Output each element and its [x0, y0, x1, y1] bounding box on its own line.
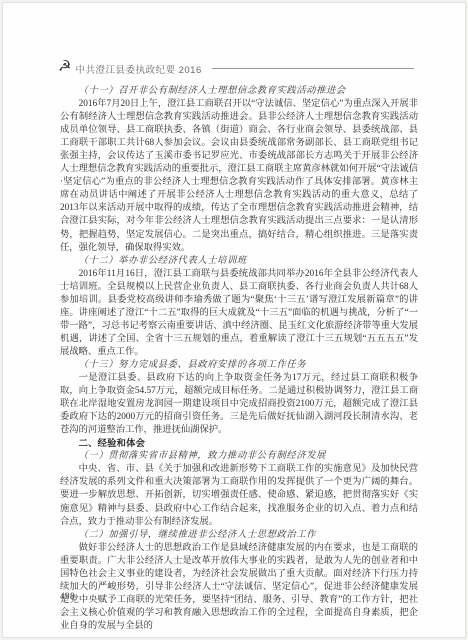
section-heading: （一）贯彻落实省市县精神，致力推动非公有制经济发展 — [60, 450, 418, 463]
paragraph: 做好非公经济人士的思想政治工作是县域经济健康发展的内在要求，也是工商联的重要职责… — [60, 542, 418, 633]
paragraph: 中央、省、市、县《关于加强和改进新形势下工商联工作的实施意见》及加快民营经济发展… — [60, 463, 418, 528]
section-heading: （十一）召开非公有制经济人士理想信念教育实践活动推进会 — [60, 85, 418, 98]
paragraph: 2016年11月16日，澄江县工商联与县委统战部共同举办2016年全县非公经济代… — [60, 268, 418, 359]
document-page: ☭ 中共澄江县委执政纪要 2016 （十一）召开非公有制经济人士理想信念教育实践… — [2, 2, 466, 638]
paragraph: 2016年7月20日上午，澄江县工商联召开以“守法诚信、坚定信心”为重点深入开展… — [60, 98, 418, 255]
header-rule — [212, 68, 414, 69]
body-text: （十一）召开非公有制经济人士理想信念教育实践活动推进会 2016年7月20日上午… — [60, 85, 418, 633]
section-heading: （二）加强引导，继续推进非公经济人士思想政治工作 — [60, 529, 418, 542]
section-heading: （十三）努力完成县委、县政府安排的各项工作任务 — [60, 359, 418, 372]
party-emblem-icon: ☭ — [58, 60, 71, 75]
section-heading-bold: 二、经验和体会 — [60, 437, 418, 450]
paragraph: 一是澄江县委、县政府下达的向上争取资金任务为17万元，经过县工商联积极争取，向上… — [60, 372, 418, 437]
header-title: 中共澄江县委执政纪要 2016 — [75, 62, 201, 76]
section-heading: （十二）举办非公经济代表人士培训班 — [60, 255, 418, 268]
page-number: 498 — [60, 591, 75, 601]
page-header: ☭ 中共澄江县委执政纪要 2016 — [58, 61, 414, 76]
